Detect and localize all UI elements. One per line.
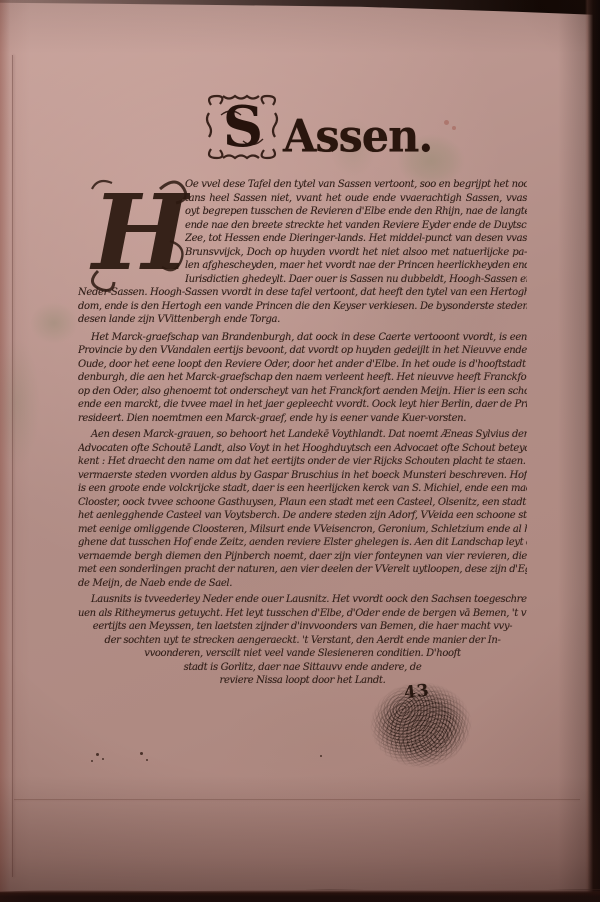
text-line: stadt is Gorlitz, daer nae Sittauvv ende… — [78, 661, 527, 675]
text-line: Aen desen Marck-grauen, so behoort het L… — [78, 428, 527, 442]
ink-speck — [140, 752, 143, 755]
text-line: met eenige omliggende Cloosteren, Milsur… — [78, 523, 527, 537]
text-line: Neder-Sassen. Hoogh-Sassen vvordt in des… — [78, 286, 527, 300]
text-line: vermaerste steden vvorden aldus by Gaspa… — [78, 469, 527, 483]
text-line: is een groote ende volckrijcke stadt, da… — [78, 482, 527, 496]
text-line: Het Marck-graefschap van Brandenburgh, d… — [78, 331, 527, 345]
svg-text:S: S — [223, 94, 263, 160]
text-line: Oude, door het eene loopt den Reviere Od… — [78, 358, 527, 372]
text-line: Lausnits is tvveederley Neder ende ouer … — [78, 593, 527, 607]
paragraph-3: Aen desen Marck-grauen, so behoort het L… — [78, 428, 527, 590]
text-line: het aenlegghende Casteel van Voytsberch.… — [78, 509, 527, 523]
text-line: ende een marckt, die tvvee mael in het j… — [78, 398, 527, 412]
text-line: uen als Ritheymerus getuycht. Het leyt t… — [78, 607, 527, 621]
text-line: kent : Het draecht den name om dat het e… — [78, 455, 527, 469]
paper-spot — [444, 120, 449, 125]
paper-spot — [452, 126, 456, 130]
text-line: Brunsvvijck, Doch op huyden vvordt het n… — [185, 246, 527, 260]
text-line: Zee, tot Hessen ende Dieringer-lands. He… — [185, 232, 527, 246]
text-line: Advocaten ofte Schoutē Landt, also Voyt … — [78, 442, 527, 456]
text-line: reviere Nissa loopt door het Landt. — [78, 674, 527, 688]
text-line: op den Oder, also ghenoemt tot ondersche… — [78, 385, 527, 399]
smudge-number: 43 — [403, 681, 431, 704]
text-line: denburgh, die aen het Marck-graefschap d… — [78, 371, 527, 385]
photo-edge-bottom — [0, 889, 600, 902]
gutter-crease — [12, 55, 13, 877]
text-line: de Meijn, de Naeb ende de Sael. — [78, 577, 527, 591]
text-line: len afghescheyden, maer het vvordt nae d… — [185, 259, 527, 273]
ink-speck — [91, 760, 93, 762]
paragraph-1-indented: Oe vvel dese Tafel den tytel van Sassen … — [185, 178, 527, 286]
text-line: ende nae den breete streckte het vanden … — [185, 219, 527, 233]
paper-crease — [14, 799, 580, 800]
text-line: vvoonderen, verscilt niet veel vande Sle… — [78, 647, 527, 661]
text-line: Clooster, oock tvvee schoone Gasthuysen,… — [78, 496, 527, 510]
text-line: oyt begrepen tusschen de Revieren d'Elbe… — [185, 205, 527, 219]
ink-speck — [96, 753, 99, 756]
text-line: eertijts aen Meyssen, ten laetsten zijnd… — [78, 620, 527, 634]
paragraph-1-full: Neder-Sassen. Hoogh-Sassen vvordt in des… — [78, 286, 527, 327]
text-line: resideert. Dien noemtmen een Marck-graef… — [78, 412, 527, 426]
text-column: Oe vvel dese Tafel den tytel van Sassen … — [78, 178, 527, 688]
ink-speck — [102, 758, 104, 760]
photo-edge-left — [0, 0, 10, 902]
text-line: Oe vvel dese Tafel den tytel van Sassen … — [185, 178, 527, 192]
page-title-text: Assen. — [283, 115, 432, 160]
photo-edge-right — [585, 0, 600, 902]
text-line: met een sonderlingen pracht der naturen,… — [78, 563, 527, 577]
paragraph-4: Lausnits is tvveederley Neder ende ouer … — [78, 593, 527, 688]
woodcut-initial: S — [205, 93, 279, 161]
text-line: der sochten uyt te strecken aengeraeckt.… — [78, 634, 527, 648]
text-line: ghene dat tusschen Hof ende Zeitz, aende… — [78, 536, 527, 550]
text-line: dom, ende is den Hertogh een vande Princ… — [78, 300, 527, 314]
page-title: S Assen. — [205, 93, 432, 161]
text-line: tans heel Sassen niet, vvant het oude en… — [185, 192, 527, 206]
text-line: Iurisdictien ghedeylt. Daer ouer is Sass… — [185, 273, 527, 287]
text-line: Provincie by den VVandalen eertijs bevoo… — [78, 344, 527, 358]
ink-speck — [146, 759, 148, 761]
ink-speck — [320, 755, 322, 757]
text-line: desen lande zijn VVittenbergh ende Torga… — [78, 313, 527, 327]
paragraph-2: Het Marck-graefschap van Brandenburgh, d… — [78, 331, 527, 426]
text-line: vernaemde bergh diemen den Pijnberch noe… — [78, 550, 527, 564]
book-photo: S Assen. H Oe vvel dese Tafel den tytel … — [0, 0, 600, 902]
